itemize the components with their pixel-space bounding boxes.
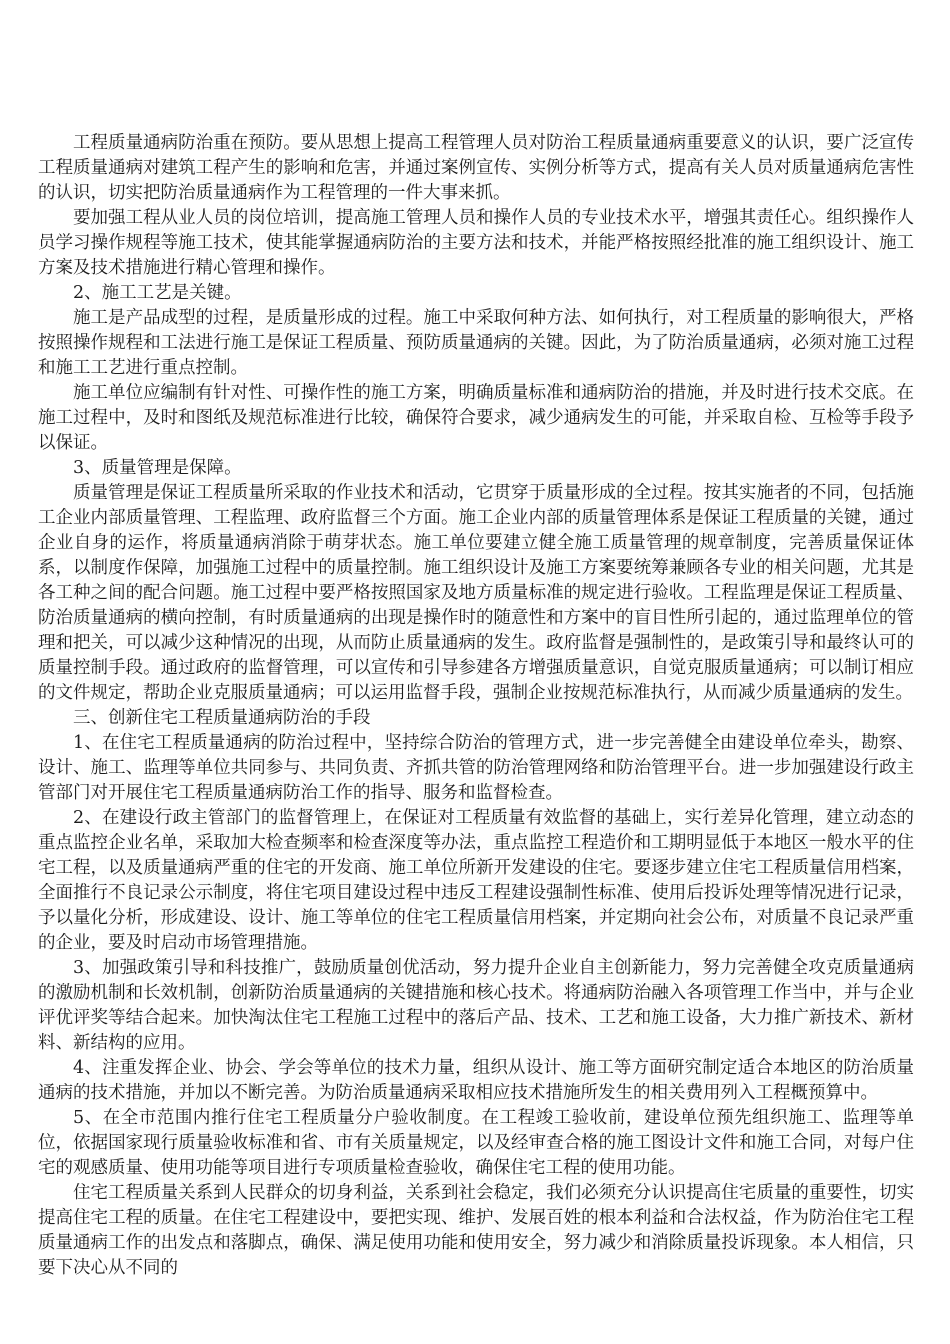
paragraph-item-4-technical-strength: 4、注重发挥企业、协会、学会等单位的技术力量，组织从设计、施工等方面研究制定适合… [38, 1056, 914, 1106]
paragraph-item-5-household-acceptance: 5、在全市范围内推行住宅工程质量分户验收制度。在工程竣工验收前，建设单位预先组织… [38, 1106, 914, 1181]
paragraph-construction-process: 施工是产品成型的过程，是质量形成的过程。施工中采取何种方法、如何执行，对工程质量… [38, 306, 914, 381]
paragraph-prevention-intro: 工程质量通病防治重在预防。要从思想上提高工程管理人员对防治工程质量通病重要意义的… [38, 131, 914, 206]
paragraph-worker-training: 要加强工程从业人员的岗位培训，提高施工管理人员和操作人员的专业技术水平，增强其责… [38, 206, 914, 281]
paragraph-quality-management-detail: 质量管理是保证工程质量所采取的作业技术和活动，它贯穿于质量形成的全过程。按其实施… [38, 481, 914, 706]
heading-innovation-measures: 三、创新住宅工程质量通病防治的手段 [38, 706, 914, 731]
heading-quality-management: 3、质量管理是保障。 [38, 456, 914, 481]
paragraph-construction-plan: 施工单位应编制有针对性、可操作性的施工方案，明确质量标准和通病防治的措施，并及时… [38, 381, 914, 456]
paragraph-item-1-comprehensive-management: 1、在住宅工程质量通病的防治过程中，坚持综合防治的管理方式，进一步完善健全由建设… [38, 731, 914, 806]
heading-construction-technique: 2、施工工艺是关键。 [38, 281, 914, 306]
paragraph-item-3-policy-guidance: 3、加强政策引导和科技推广，鼓励质量创优活动，努力提升企业自主创新能力，努力完善… [38, 956, 914, 1056]
document-page: 工程质量通病防治重在预防。要从思想上提高工程管理人员对防治工程质量通病重要意义的… [38, 131, 914, 1281]
paragraph-conclusion: 住宅工程质量关系到人民群众的切身利益，关系到社会稳定，我们必须充分认识提高住宅质… [38, 1181, 914, 1281]
paragraph-item-2-differentiated-supervision: 2、在建设行政主管部门的监督管理上，在保证对工程质量有效监督的基础上，实行差异化… [38, 806, 914, 956]
